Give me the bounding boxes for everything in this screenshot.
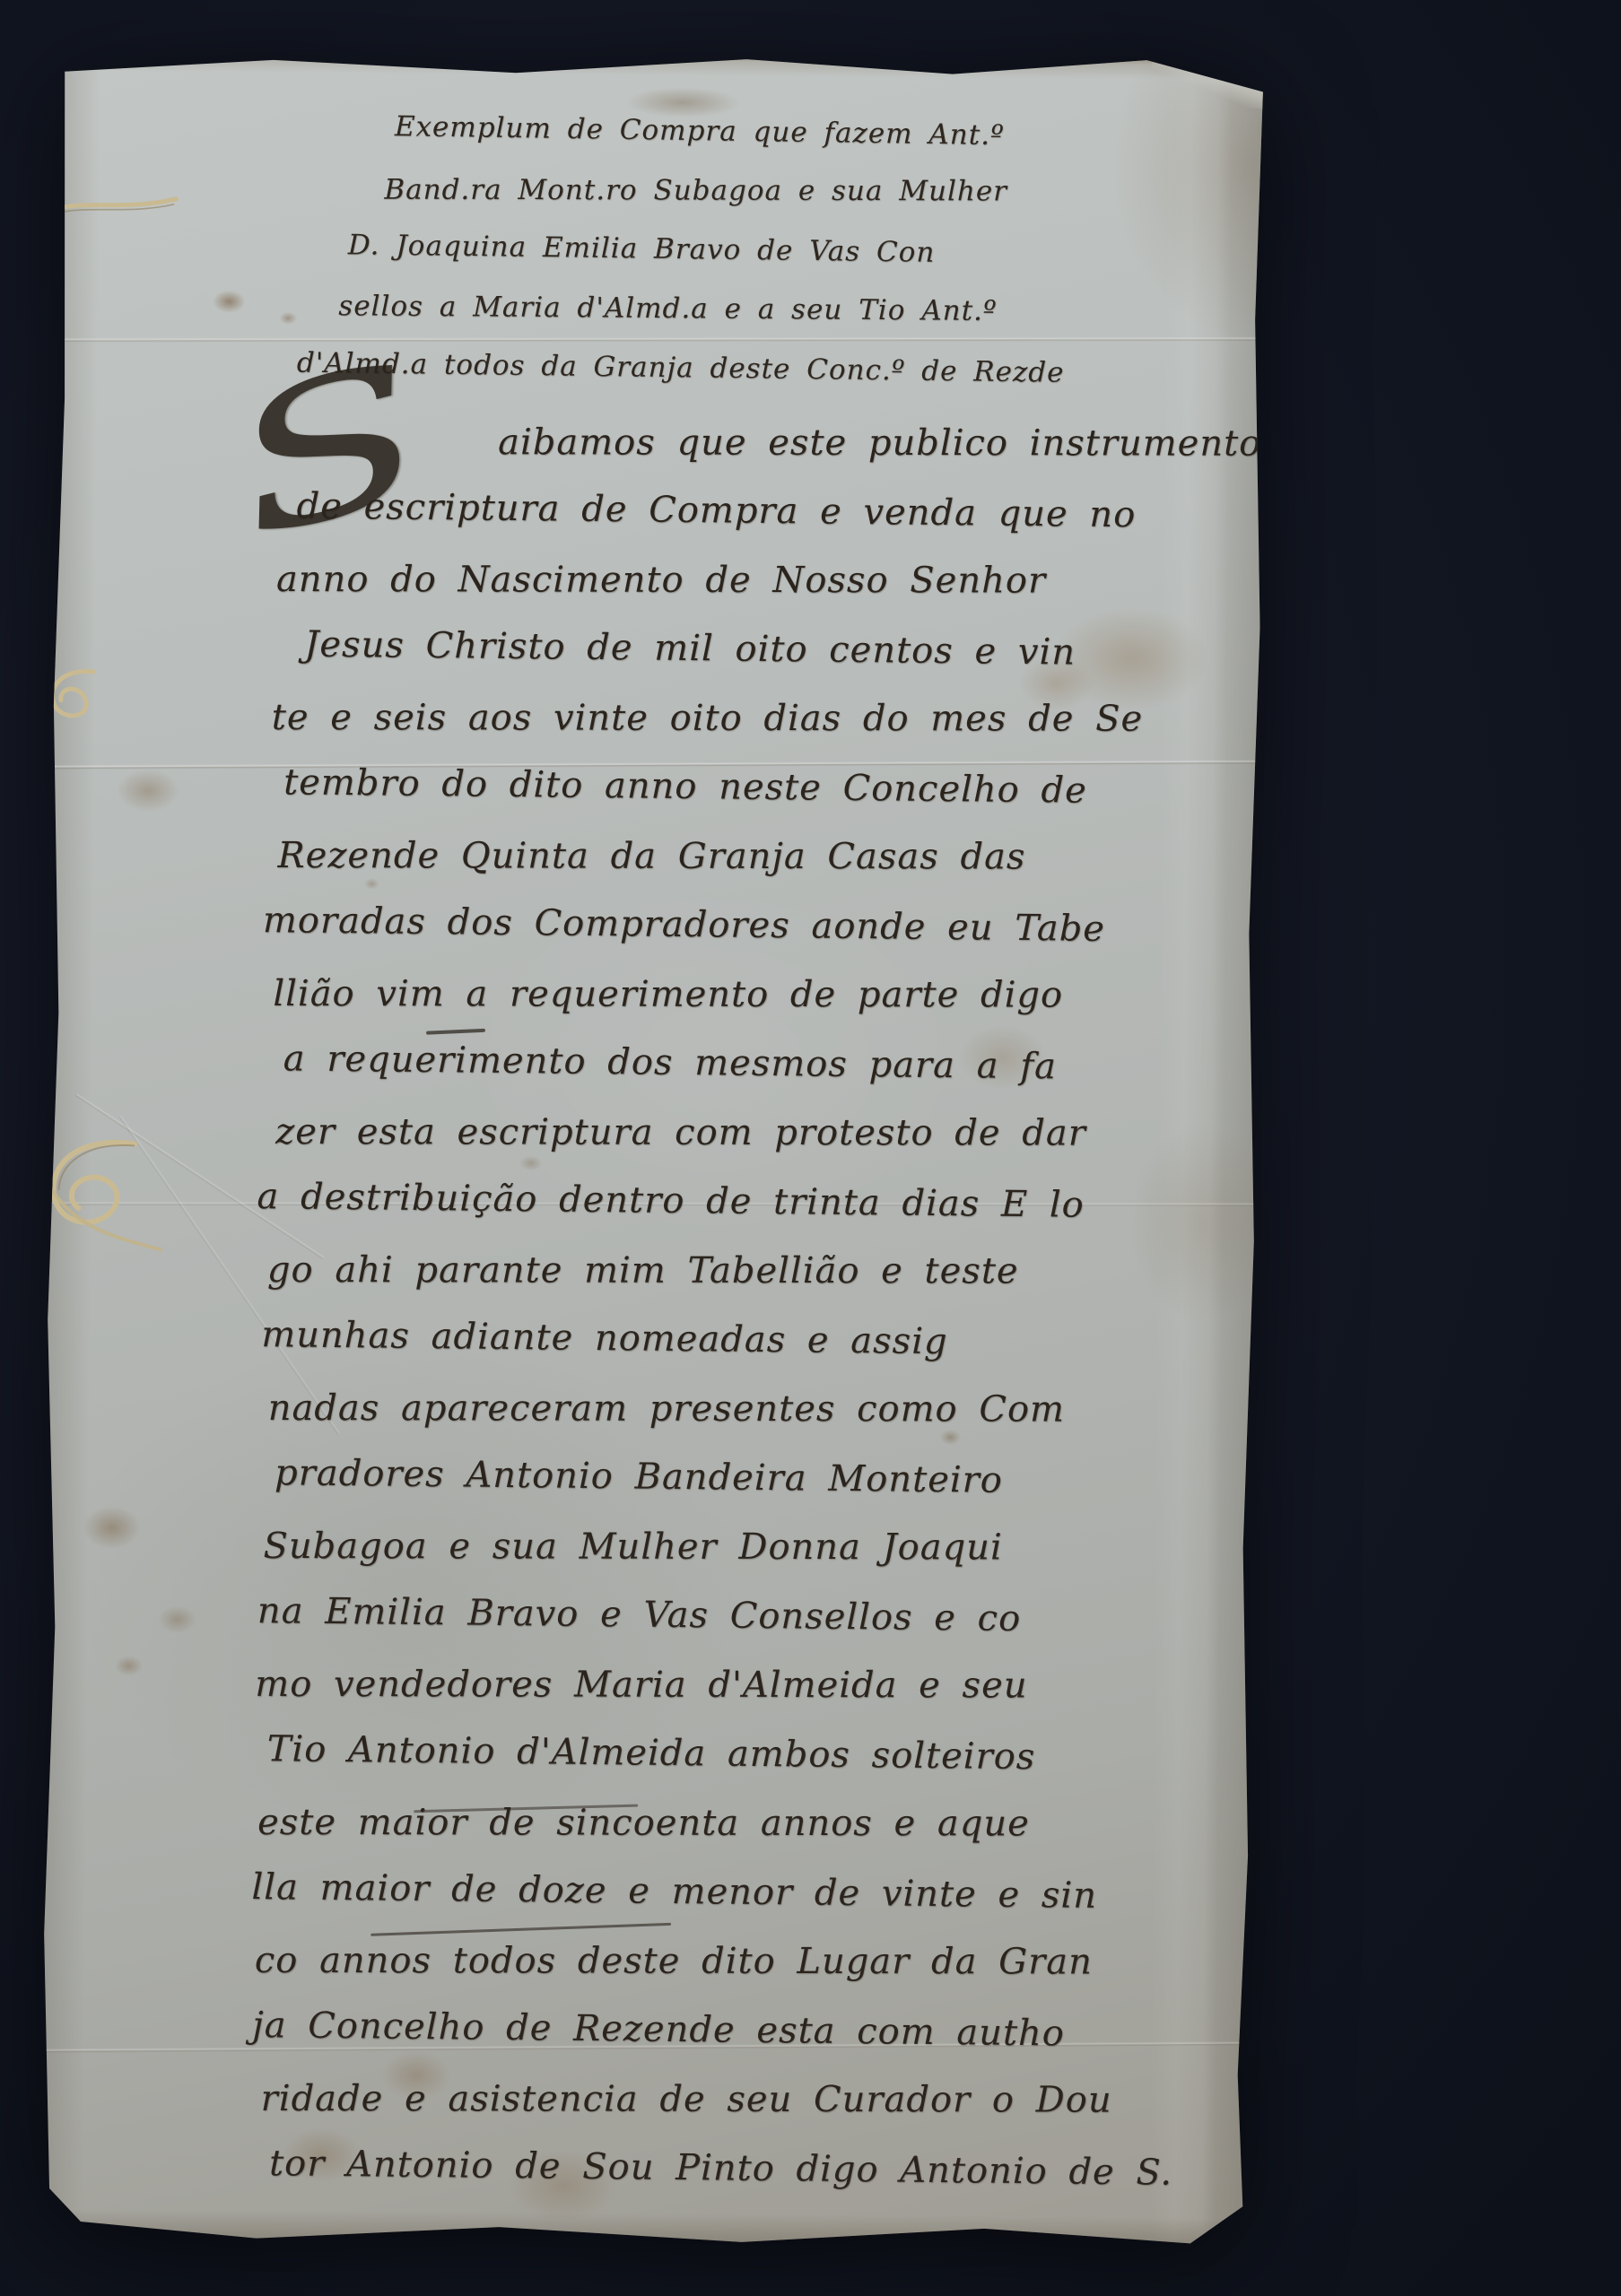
body-line: de escriptura de Compra e venda que no [296,472,1261,551]
manuscript-page: Exemplum de Compra que fazem Ant.º Band.… [38,48,1268,2251]
body-line: zer esta escriptura com protesto de dar [275,1098,1256,1169]
body-line: a destribuição dentro de trinta dias E l… [257,1162,1256,1242]
body-line: a requerimento dos mesmos para a fa [283,1024,1257,1103]
body-line: lla maior de doze e menor de vinte e sin [251,1853,1251,1933]
body-line: mo vendedores Maria d'Almeida e seu [255,1650,1251,1721]
body-line: Rezende Quinta da Granja Casas das [277,822,1258,892]
body-line: este maior de sincoenta annos e aque [257,1788,1251,1859]
manuscript-body: S aibamos que este publico instrumento d… [38,48,1268,2251]
body-line: nadas apareceram presentes como Com [268,1374,1254,1445]
body-line: anno do Nascimento de Nosso Senhor [276,545,1260,616]
body-line: te e seis aos vinte oito dias do mes de … [272,683,1259,754]
body-line: ja Concelho de Rezende esta com autho [252,1991,1250,2071]
paper-shadow-wrap: Exemplum de Compra que fazem Ant.º Band.… [0,0,1621,2296]
body-line: aibamos que este publico instrumento [498,408,1261,478]
body-line: co annos todos deste dito Lugar da Gran [255,1926,1250,1997]
body-line: Subagoa e sua Mulher Donna Joaqui [263,1512,1252,1583]
body-line: tor Antonio de Sou Pinto digo Antonio de… [269,2129,1249,2208]
body-line: na Emilia Bravo e Vas Consellos e co [257,1577,1253,1657]
body-line: go ahi parante mim Tabellião e teste [267,1236,1255,1307]
body-line: Jesus Christo de mil oito centos e vin [304,611,1260,690]
body-line: munhas adiante nomeadas e assig [261,1300,1255,1380]
body-line: pradores Antonio Bandeira Monteiro [275,1439,1254,1518]
body-text-column: aibamos que este publico instrumento de … [240,404,1262,2207]
photo-background: Exemplum de Compra que fazem Ant.º Band.… [0,0,1621,2296]
body-line: ridade e asistencia de seu Curador o Dou [261,2065,1249,2135]
body-line: llião vim a requerimento de parte digo [273,960,1257,1031]
body-line: Tio Antonio d'Almeida ambos solteiros [266,1715,1251,1794]
body-line: moradas dos Compradores aonde eu Tabe [263,886,1259,966]
body-line: tembro do dito anno neste Concelho de [283,748,1259,827]
